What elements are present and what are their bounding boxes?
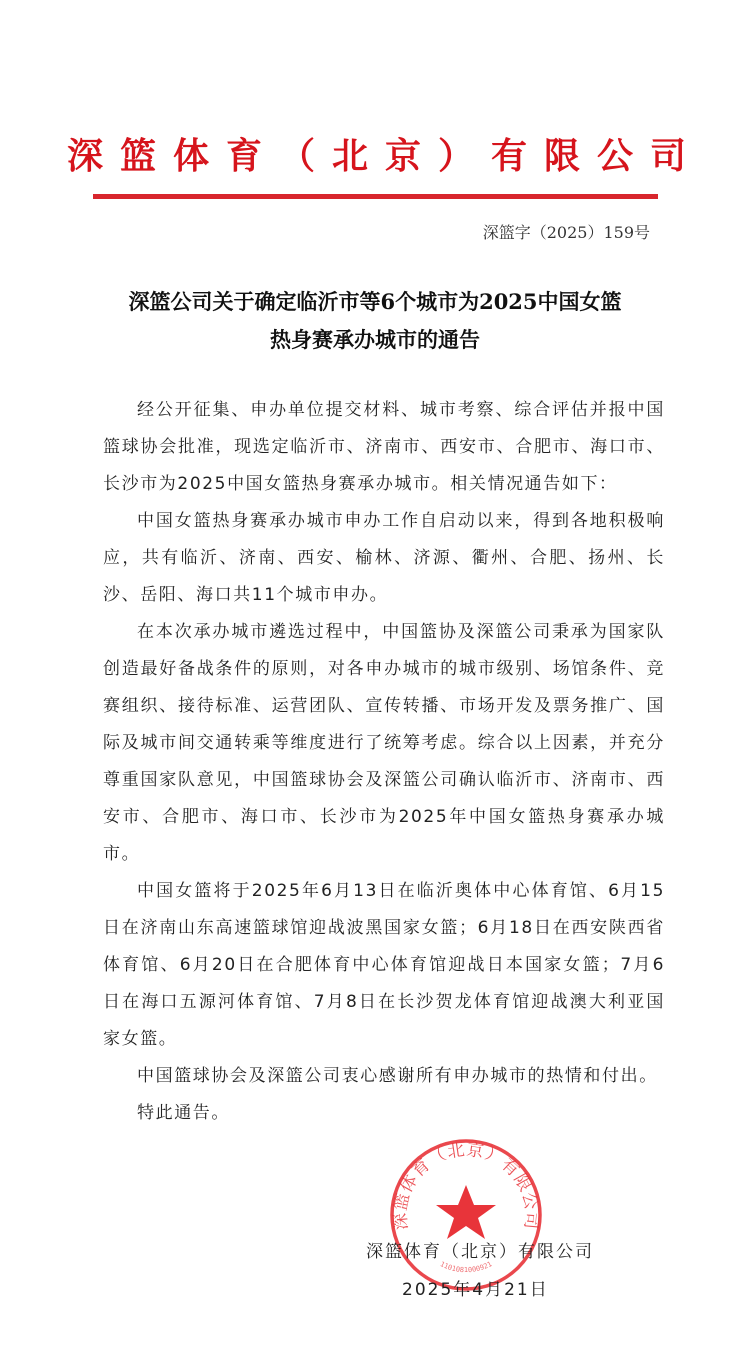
- letterhead-title: 深篮体育（北京）有限公司: [0, 128, 750, 179]
- notice-title: 深篮公司关于确定临沂市等6个城市为2025中国女篮 热身赛承办城市的通告: [0, 283, 750, 359]
- letterhead-rule: [93, 194, 658, 199]
- paragraph-closing: 特此通告。: [103, 1095, 665, 1132]
- notice-body: 经公开征集、申办单位提交材料、城市考察、综合评估并报中国篮球协会批准，现选定临沂…: [103, 392, 665, 1132]
- document-number: 深篮字（2025）159号: [483, 220, 650, 243]
- signature-date: 2025年4月21日: [402, 1275, 549, 1300]
- seal-serial: 1101081000921: [439, 1260, 494, 1274]
- official-seal: 深篮体育（北京）有限公司 1101081000921: [388, 1137, 544, 1293]
- paragraph-thanks: 中国篮球协会及深篮公司衷心感谢所有申办城市的热情和付出。: [103, 1058, 665, 1095]
- paragraph-schedule: 中国女篮将于2025年6月13日在临沂奥体中心体育馆、6月15日在济南山东高速篮…: [103, 873, 665, 1058]
- notice-title-line2: 热身赛承办城市的通告: [0, 321, 750, 359]
- star-icon: [436, 1185, 496, 1239]
- paragraph-applicants: 中国女篮热身赛承办城市申办工作自启动以来，得到各地积极响应，共有临沂、济南、西安…: [103, 503, 665, 614]
- paragraph-selection: 在本次承办城市遴选过程中，中国篮协及深篮公司秉承为国家队创造最好备战条件的原则，…: [103, 614, 665, 873]
- signature-company: 深篮体育（北京）有限公司: [366, 1237, 594, 1262]
- paragraph-intro: 经公开征集、申办单位提交材料、城市考察、综合评估并报中国篮球协会批准，现选定临沂…: [103, 392, 665, 503]
- notice-title-line1: 深篮公司关于确定临沂市等6个城市为2025中国女篮: [0, 283, 750, 321]
- svg-text:1101081000921: 1101081000921: [439, 1260, 494, 1274]
